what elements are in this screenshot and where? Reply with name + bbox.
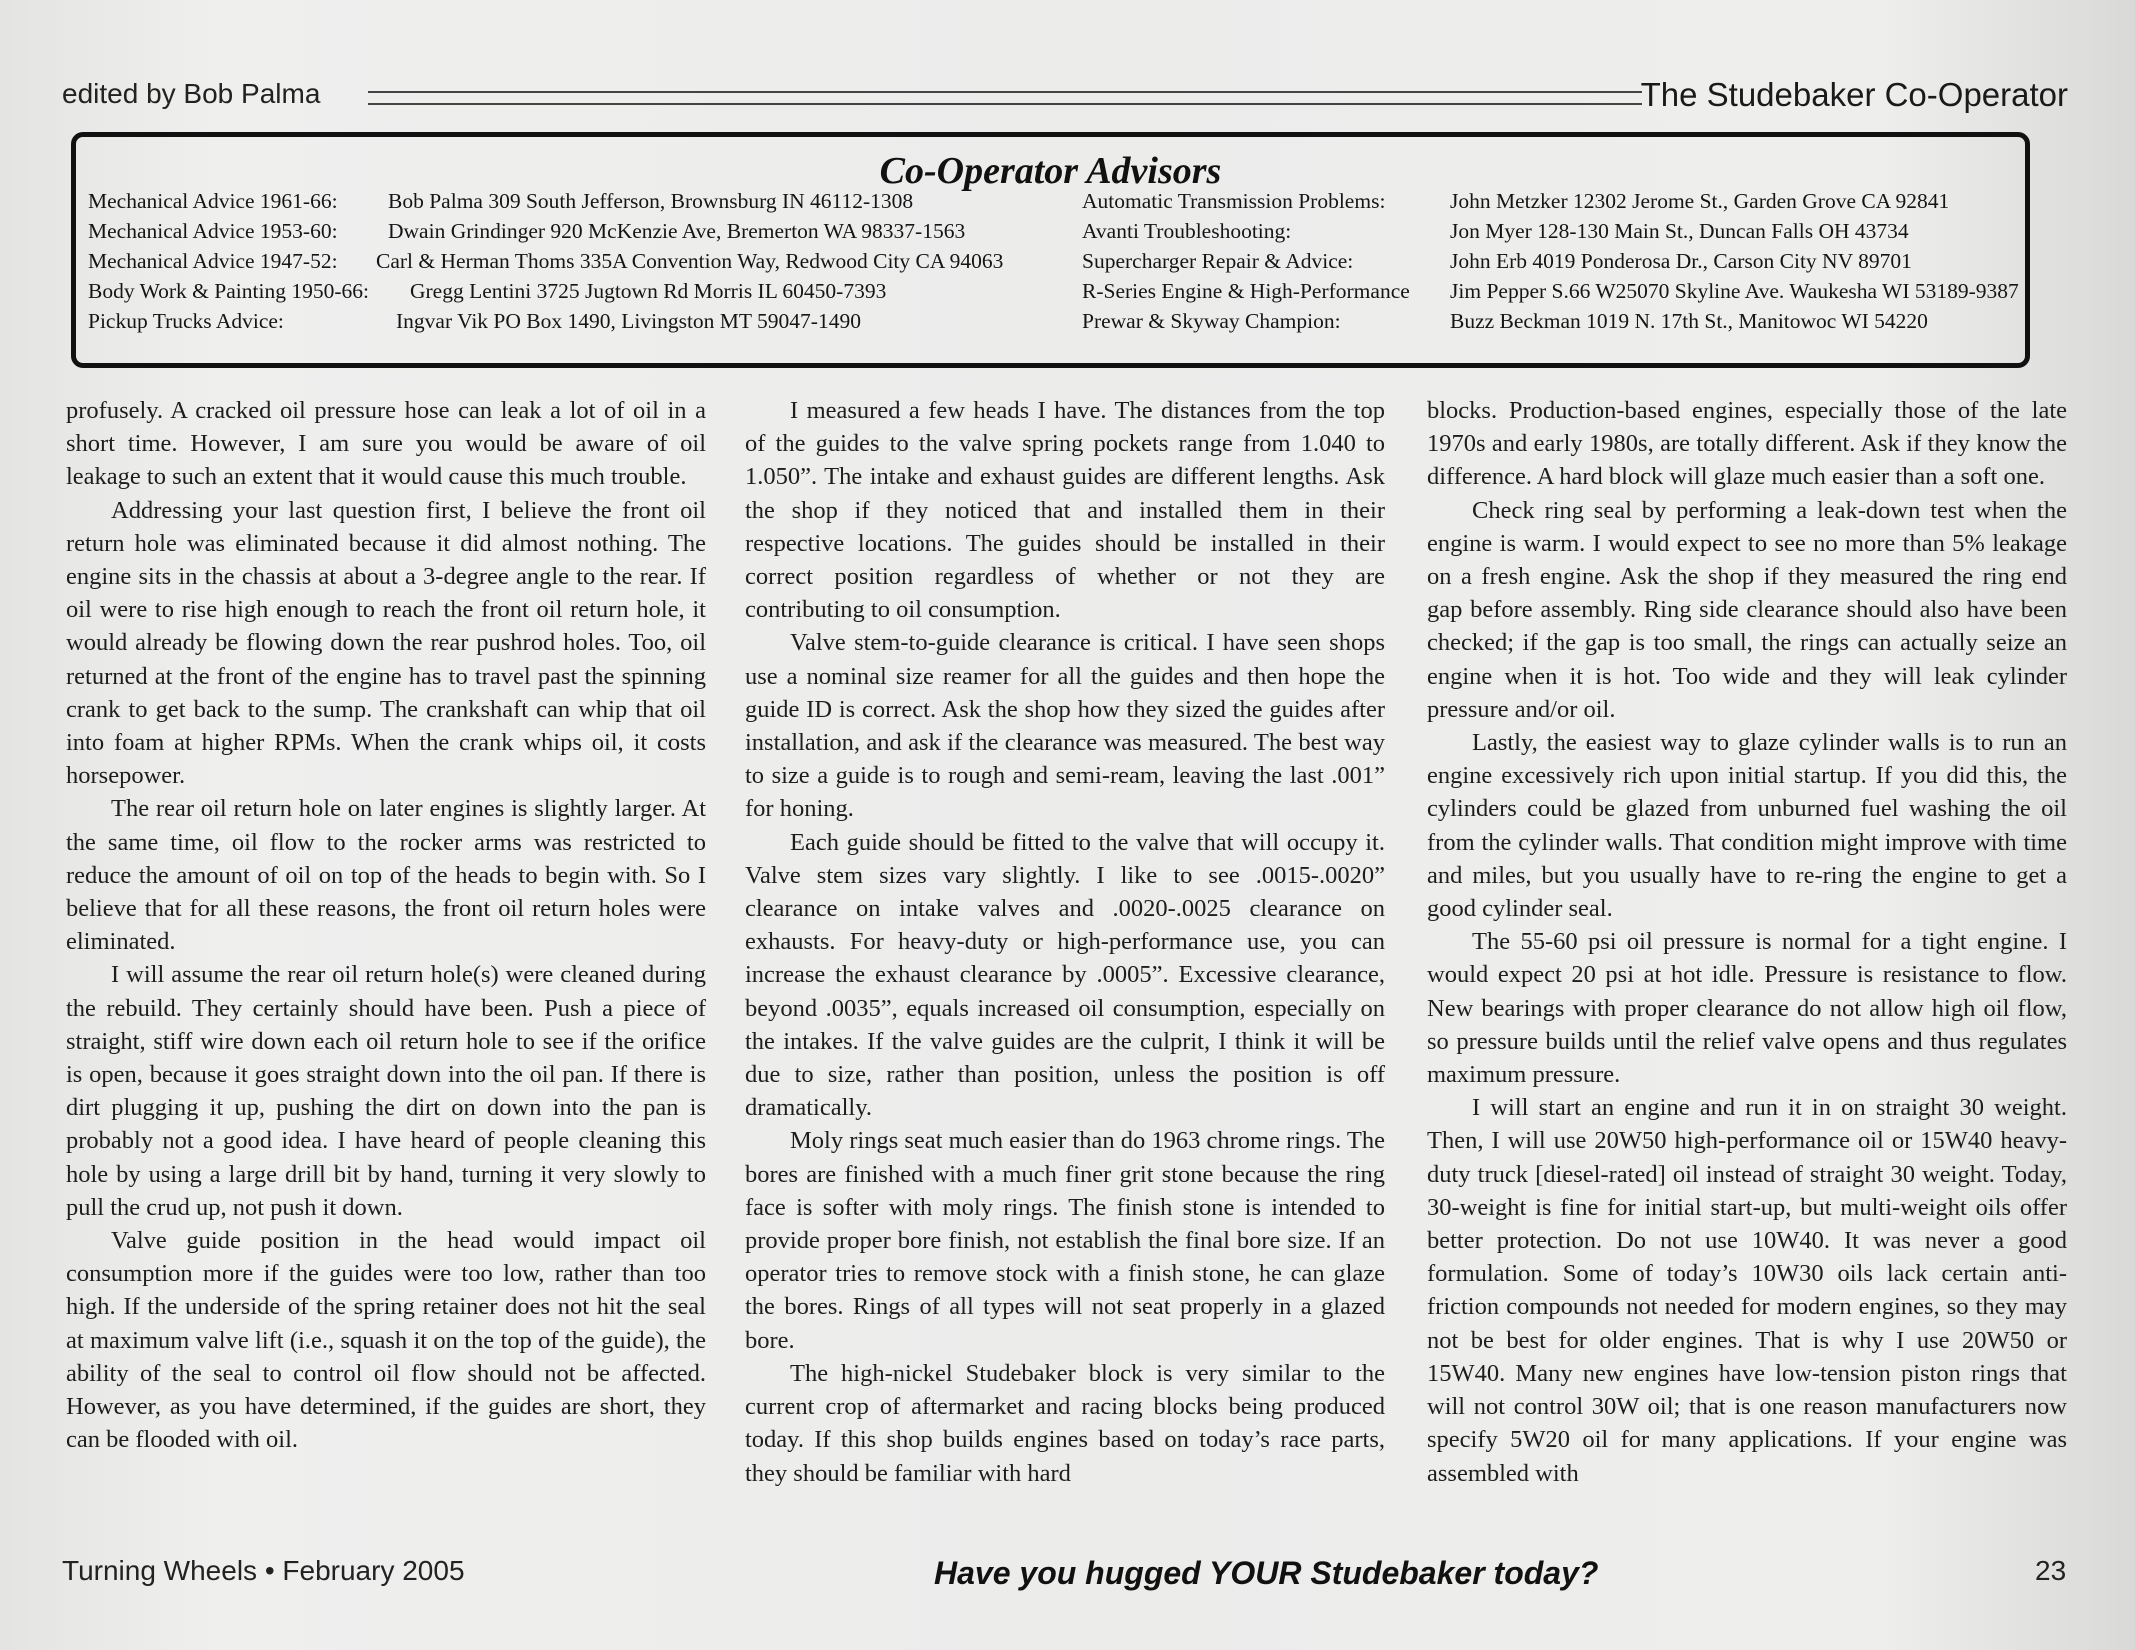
article-column-1: profusely. A cracked oil pressure hose c… (66, 394, 706, 1457)
paragraph: Valve stem-to-guide clearance is critica… (745, 626, 1385, 825)
paragraph: The high-nickel Studebaker block is very… (745, 1357, 1385, 1490)
paragraph: I measured a few heads I have. The dista… (745, 394, 1385, 626)
column-title: The Studebaker Co-Operator (1641, 76, 2068, 114)
advisor-contact: Jim Pepper S.66 W25070 Skyline Ave. Wauk… (1450, 279, 2019, 304)
footer-slogan: Have you hugged YOUR Studebaker today? (934, 1555, 1598, 1592)
advisors-title: Co-Operator Advisors (76, 149, 2025, 193)
page-number: 23 (2035, 1555, 2066, 1587)
paragraph: I will assume the rear oil return hole(s… (66, 958, 706, 1224)
advisor-contact: Dwain Grindinger 920 McKenzie Ave, Breme… (388, 219, 965, 244)
article-column-2: I measured a few heads I have. The dista… (745, 394, 1385, 1490)
advisor-contact: Bob Palma 309 South Jefferson, Brownsbur… (388, 189, 913, 214)
advisor-label: Pickup Trucks Advice: (88, 309, 284, 334)
paragraph: The rear oil return hole on later engine… (66, 792, 706, 958)
editor-credit: edited by Bob Palma (62, 78, 320, 110)
advisor-label: Avanti Troubleshooting: (1082, 219, 1291, 244)
paragraph: I will start an engine and run it in on … (1427, 1091, 2067, 1489)
advisor-contact: Jon Myer 128-130 Main St., Duncan Falls … (1450, 219, 1909, 244)
advisor-label: Mechanical Advice 1947-52: (88, 249, 338, 274)
header-double-rule (368, 91, 1642, 105)
paragraph: Each guide should be fitted to the valve… (745, 826, 1385, 1125)
advisor-label: Supercharger Repair & Advice: (1082, 249, 1353, 274)
advisor-label: R-Series Engine & High-Performance (1082, 279, 1410, 304)
paragraph: The 55-60 psi oil pressure is normal for… (1427, 925, 2067, 1091)
paragraph: Addressing your last question first, I b… (66, 494, 706, 793)
advisor-label: Prewar & Skyway Champion: (1082, 309, 1341, 334)
paragraph: Moly rings seat much easier than do 1963… (745, 1124, 1385, 1356)
advisor-contact: Carl & Herman Thoms 335A Convention Way,… (376, 249, 1003, 274)
advisor-label: Body Work & Painting 1950-66: (88, 279, 369, 304)
paragraph: profusely. A cracked oil pressure hose c… (66, 394, 706, 494)
advisor-label: Mechanical Advice 1953-60: (88, 219, 338, 244)
advisor-contact: John Erb 4019 Ponderosa Dr., Carson City… (1450, 249, 1912, 274)
paragraph: Valve guide position in the head would i… (66, 1224, 706, 1456)
advisors-box: Co-Operator Advisors Mechanical Advice 1… (71, 132, 2030, 368)
article-column-3: blocks. Production-based engines, especi… (1427, 394, 2067, 1490)
paragraph: Lastly, the easiest way to glaze cylinde… (1427, 726, 2067, 925)
paragraph: blocks. Production-based engines, especi… (1427, 394, 2067, 494)
advisor-contact: John Metzker 12302 Jerome St., Garden Gr… (1450, 189, 1949, 214)
advisor-label: Automatic Transmission Problems: (1082, 189, 1385, 214)
page-header: edited by Bob Palma The Studebaker Co-Op… (62, 78, 2068, 118)
advisor-contact: Gregg Lentini 3725 Jugtown Rd Morris IL … (410, 279, 886, 304)
advisor-label: Mechanical Advice 1961-66: (88, 189, 338, 214)
advisor-contact: Ingvar Vik PO Box 1490, Livingston MT 59… (396, 309, 861, 334)
publication-info: Turning Wheels • February 2005 (62, 1555, 465, 1587)
paragraph: Check ring seal by performing a leak-dow… (1427, 494, 2067, 726)
advisor-contact: Buzz Beckman 1019 N. 17th St., Manitowoc… (1450, 309, 1928, 334)
